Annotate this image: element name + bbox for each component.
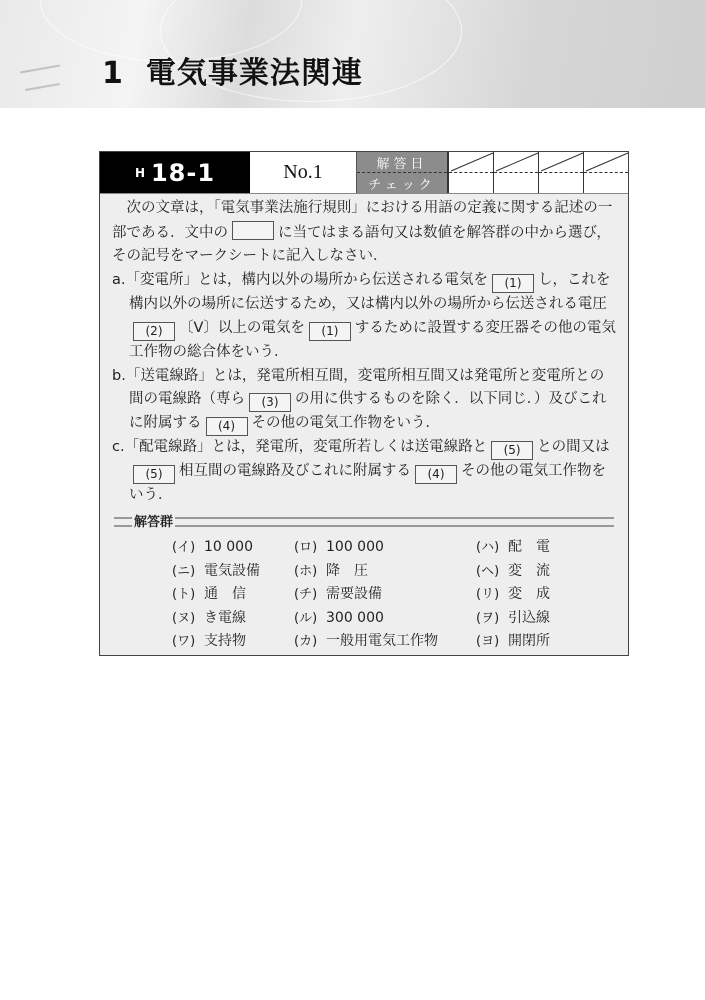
answer-choice: (ハ)配 電 bbox=[476, 536, 550, 556]
answer-choice: (ヲ)引込線 bbox=[476, 607, 550, 627]
chapter-number: 1 bbox=[102, 56, 124, 91]
answer-choice: (リ)変 成 bbox=[476, 583, 550, 603]
answer-choice: (カ)一般用電気工作物 bbox=[294, 630, 438, 650]
check-cell-4[interactable] bbox=[584, 152, 628, 193]
chapter-name: 電気事業法関連 bbox=[146, 56, 363, 91]
streak-decoration bbox=[25, 83, 60, 91]
blank-4: (4) bbox=[206, 417, 248, 436]
chapter-banner: 1電気事業法関連 bbox=[0, 0, 705, 108]
blank-5: (5) bbox=[133, 465, 175, 484]
double-rule bbox=[114, 517, 614, 527]
blank-4: (4) bbox=[415, 465, 457, 484]
answer-choice: (ヨ)開閉所 bbox=[476, 630, 550, 650]
question-era: H bbox=[135, 166, 145, 180]
question-header: H 18-1 No.1 解答日 チェック bbox=[100, 152, 628, 194]
check-cell-2[interactable] bbox=[494, 152, 539, 193]
answer-group-heading: 解答群 bbox=[114, 513, 614, 527]
blank-3: (3) bbox=[249, 393, 291, 412]
answer-choice: (ロ)100 000 bbox=[294, 536, 384, 555]
blank-example bbox=[232, 221, 274, 240]
answer-choice: (チ)需要設備 bbox=[294, 583, 382, 603]
question-number: No.1 bbox=[250, 152, 357, 193]
question-body: 次の文章は，「電気事業法施行規則」における用語の定義に関する記述の一部である．文… bbox=[112, 197, 618, 508]
item-b: b.「送電線路」とは，発電所相互間，変電所相互間又は発電所と変電所との間の電線路… bbox=[112, 365, 618, 437]
question-box: H 18-1 No.1 解答日 チェック 次の文章は，「電気事業法施行規則」にお… bbox=[99, 151, 629, 656]
check-label: チェック bbox=[357, 173, 447, 193]
check-cells bbox=[449, 152, 628, 193]
check-cell-1[interactable] bbox=[449, 152, 494, 193]
item-c: c.「配電線路」とは，発電所，変電所若しくは送電線路と(5)との間又は(5)相互… bbox=[112, 436, 618, 508]
question-id: H 18-1 bbox=[100, 152, 250, 193]
blank-2: (2) bbox=[133, 322, 175, 341]
item-a: a.「変電所」とは，構内以外の場所から伝送される電気を(1)し，これを構内以外の… bbox=[112, 269, 618, 364]
answer-choice: (ト)通 信 bbox=[172, 583, 246, 603]
streak-decoration bbox=[20, 65, 60, 74]
answer-choice: (ヌ)き電線 bbox=[172, 607, 246, 627]
answer-choice: (ホ)降 圧 bbox=[294, 560, 368, 580]
blank-5: (5) bbox=[491, 441, 533, 460]
answer-group-label: 解答群 bbox=[132, 511, 175, 530]
answer-choice: (ヘ)変 流 bbox=[476, 560, 550, 580]
question-code: 18-1 bbox=[151, 159, 215, 187]
answer-choice: (ル)300 000 bbox=[294, 607, 384, 626]
answer-date-label: 解答日 bbox=[357, 152, 447, 173]
blank-1: (1) bbox=[492, 274, 534, 293]
answer-choice: (イ)10 000 bbox=[172, 536, 253, 555]
check-cell-3[interactable] bbox=[539, 152, 584, 193]
answer-choice: (ワ)支持物 bbox=[172, 630, 246, 650]
chapter-title: 1電気事業法関連 bbox=[102, 48, 363, 92]
blank-1: (1) bbox=[309, 322, 351, 341]
question-intro: 次の文章は，「電気事業法施行規則」における用語の定義に関する記述の一部である．文… bbox=[112, 197, 618, 269]
answer-choice: (ニ)電気設備 bbox=[172, 560, 260, 580]
answer-check-label: 解答日 チェック bbox=[357, 152, 449, 193]
